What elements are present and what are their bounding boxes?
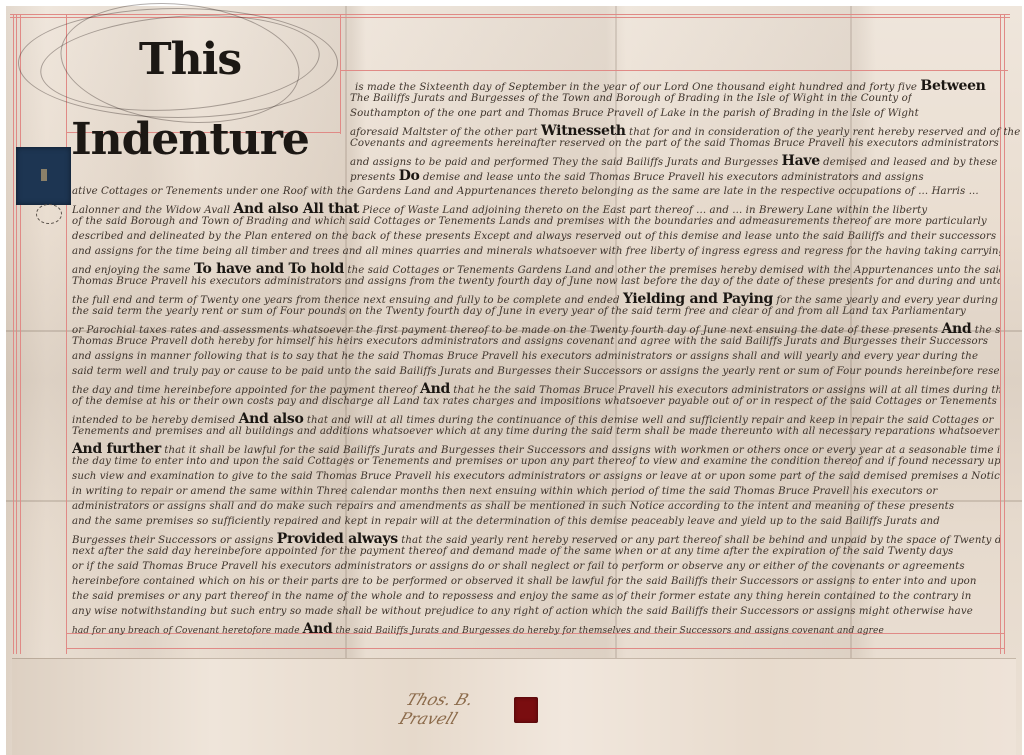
text-line: of the demise at his or their own costs … <box>72 396 1000 407</box>
text-line: aforesaid Maltster of the other part Wit… <box>350 123 1020 139</box>
text-line: the said premises or any part thereof in… <box>72 591 1000 602</box>
ruled-margin-left <box>66 14 67 654</box>
signature: Thos. B. Pravell <box>400 690 491 720</box>
red-wax-seal-icon <box>514 697 538 723</box>
text-line: ative Cottages or Tenements under one Ro… <box>72 186 1000 197</box>
text-line: Tenements and premises and all buildings… <box>72 426 1000 437</box>
text-line: or if the said Thomas Bruce Pravell his … <box>72 561 1000 572</box>
text-line: the full end and term of Twenty one year… <box>72 291 1000 307</box>
text-line: had for any breach of Covenant heretofor… <box>72 621 1000 637</box>
duty-stamp-icon <box>36 204 62 224</box>
text-line: Thomas Bruce Pravell doth hereby for him… <box>72 336 1000 347</box>
text-line: Burgesses their Successors or assigns Pr… <box>72 531 1000 547</box>
text-line: described and delineated by the Plan ent… <box>72 231 1000 242</box>
text-line: in writing to repair or amend the same w… <box>72 486 1000 497</box>
text-line: is made the Sixteenth day of September i… <box>355 78 986 94</box>
text-line: the said term the yearly rent or sum of … <box>72 306 1000 317</box>
ruled-border-left <box>20 14 21 654</box>
text-line: the day and time hereinbefore appointed … <box>72 381 1000 397</box>
text-line: Covenants and agreements hereinafter res… <box>350 138 999 149</box>
text-line: The Bailiffs Jurats and Burgesses of the… <box>350 93 912 104</box>
text-line: Lalonner and the Widow Avall And also Al… <box>72 201 1000 217</box>
text-line: of the said Borough and Town of Brading … <box>72 216 1000 227</box>
text-line: and assigns to be paid and performed The… <box>350 153 997 169</box>
text-line: intended to be hereby demised And also t… <box>72 411 1000 427</box>
blue-seal-icon <box>16 147 71 205</box>
text-line: and enjoying the same To have and To hol… <box>72 261 1000 277</box>
text-line: and assigns for the time being all timbe… <box>72 246 1000 257</box>
text-line: any wise notwithstanding but such entry … <box>72 606 1000 617</box>
text-line: administrators or assigns shall and do m… <box>72 501 1000 512</box>
text-line: the day time to enter into and upon the … <box>72 456 1000 467</box>
text-line: next after the said day hereinbefore app… <box>72 546 1000 557</box>
text-line: said term well and truly pay or cause to… <box>72 366 1000 377</box>
ruled-border-right <box>1000 14 1001 654</box>
ruled-border-right <box>1004 14 1005 654</box>
text-line: Thomas Bruce Pravell his executors admin… <box>72 276 1000 287</box>
text-line: or Parochial taxes rates and assessments… <box>72 321 1000 337</box>
text-line: and the same premises so sufficiently re… <box>72 516 1000 527</box>
document-title: This Indenture <box>40 20 340 100</box>
ruled-header-line <box>340 70 1008 71</box>
text-line: hereinbefore contained which on his or t… <box>72 576 1000 587</box>
ruled-border-bottom <box>66 648 1004 649</box>
ruled-title-box <box>340 14 341 134</box>
text-line: presents Do demise and lease unto the sa… <box>350 168 924 184</box>
text-line: and assigns in manner following that is … <box>72 351 1000 362</box>
text-line: such view and examination to give to the… <box>72 471 1000 482</box>
ruled-border-left <box>13 14 14 654</box>
ruled-border-left <box>16 14 17 654</box>
text-line: And further that it shall be lawful for … <box>72 441 1000 457</box>
text-line: Southampton of the one part and Thomas B… <box>350 108 919 119</box>
